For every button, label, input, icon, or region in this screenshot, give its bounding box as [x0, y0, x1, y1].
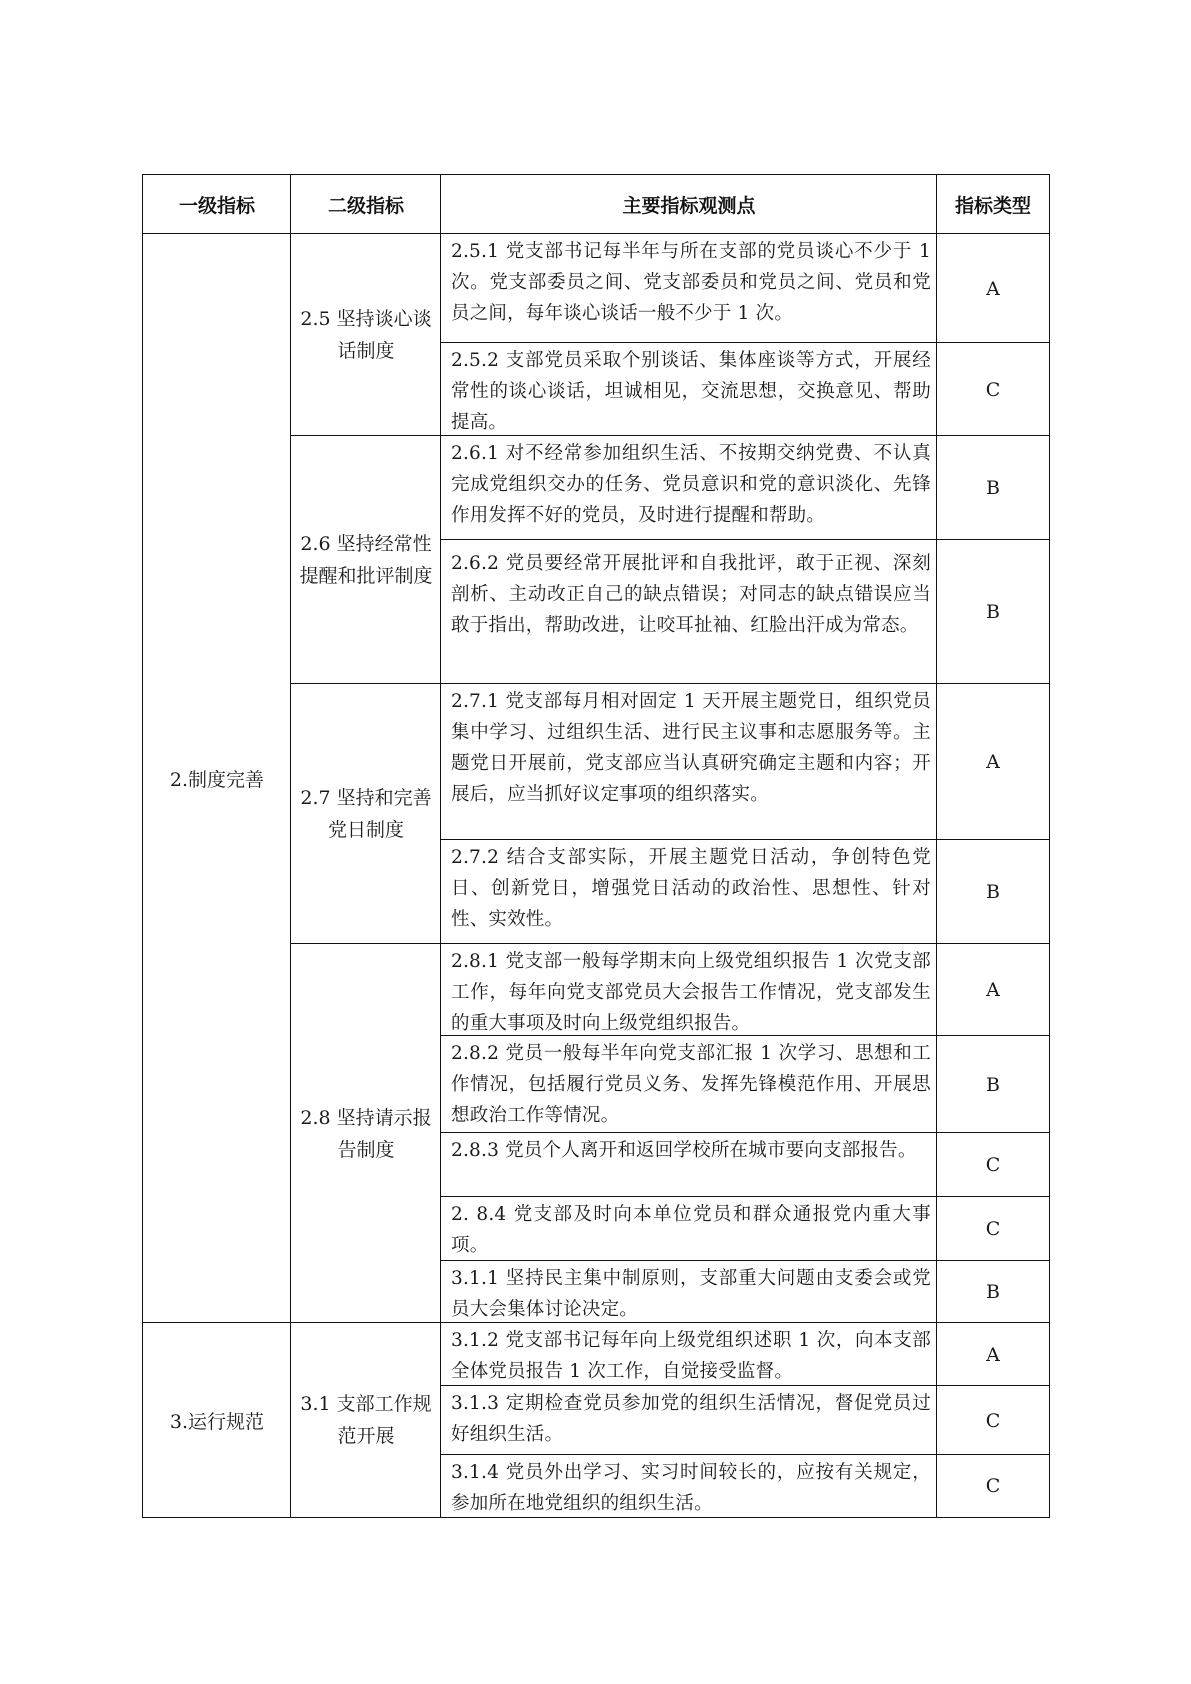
type-cell: C [936, 1385, 1050, 1456]
observation-cell: 2.7.1 党支部每月相对固定 1 天开展主题党日，组织党员集中学习、过组织生活… [440, 683, 938, 841]
observation-cell: 2.7.2 结合支部实际，开展主题党日活动，争创特色党日、创新党日，增强党日活动… [440, 839, 938, 945]
type-cell: C [936, 1132, 1050, 1198]
type-cell: A [936, 683, 1050, 841]
type-cell: B [936, 539, 1050, 685]
observation-cell: 2.5.1 党支部书记每半年与所在支部的党员谈心不少于 1 次。党支部委员之间、… [440, 233, 938, 344]
observation-cell: 2.8.2 党员一般每半年向党支部汇报 1 次学习、思想和工作情况，包括履行党员… [440, 1035, 938, 1134]
observation-cell: 3.1.4 党员外出学习、实习时间较长的，应按有关规定，参加所在地党组织的组织生… [440, 1454, 938, 1518]
header-observation: 主要指标观测点 [440, 174, 938, 235]
header-type: 指标类型 [936, 174, 1050, 235]
level2-cell: 2.7 坚持和完善党日制度 [290, 683, 442, 945]
observation-cell: 3.1.1 坚持民主集中制原则，支部重大问题由支委会或党员大会集体讨论决定。 [440, 1260, 938, 1324]
type-cell: B [936, 1035, 1050, 1134]
level2-cell: 2.8 坚持请示报告制度 [290, 943, 442, 1324]
header-level2: 二级指标 [290, 174, 442, 235]
type-cell: A [936, 1322, 1050, 1387]
observation-cell: 3.1.2 党支部书记每年向上级党组织述职 1 次，向本支部全体党员报告 1 次… [440, 1322, 938, 1387]
observation-cell: 2.5.2 支部党员采取个别谈话、集体座谈等方式，开展经常性的谈心谈话，坦诚相见… [440, 342, 938, 437]
type-cell: B [936, 839, 1050, 945]
type-cell: C [936, 1454, 1050, 1518]
type-cell: A [936, 233, 1050, 344]
level2-cell: 3.1 支部工作规范开展 [290, 1322, 442, 1518]
observation-cell: 2.8.1 党支部一般每学期末向上级党组织报告 1 次党支部工作，每年向党支部党… [440, 943, 938, 1037]
type-cell: C [936, 1196, 1050, 1262]
type-cell: A [936, 943, 1050, 1037]
level1-cell: 3.运行规范 [142, 1322, 292, 1518]
level1-cell: 2.制度完善 [142, 233, 292, 1324]
header-level1: 一级指标 [142, 174, 292, 235]
level2-cell: 2.6 坚持经常性提醒和批评制度 [290, 435, 442, 685]
observation-cell: 2. 8.4 党支部及时向本单位党员和群众通报党内重大事项。 [440, 1196, 938, 1262]
level2-cell: 2.5 坚持谈心谈话制度 [290, 233, 442, 437]
document-page: 一级指标 二级指标 主要指标观测点 指标类型 2.制度完善 3.运行规范 2.5… [0, 0, 1191, 1684]
type-cell: B [936, 1260, 1050, 1324]
observation-cell: 2.8.3 党员个人离开和返回学校所在城市要向支部报告。 [440, 1132, 938, 1198]
observation-cell: 2.6.1 对不经常参加组织生活、不按期交纳党费、不认真完成党组织交办的任务、党… [440, 435, 938, 541]
observation-cell: 3.1.3 定期检查党员参加党的组织生活情况，督促党员过好组织生活。 [440, 1385, 938, 1456]
type-cell: C [936, 342, 1050, 437]
type-cell: B [936, 435, 1050, 541]
observation-cell: 2.6.2 党员要经常开展批评和自我批评，敢于正视、深刻剖析、主动改正自己的缺点… [440, 539, 938, 685]
